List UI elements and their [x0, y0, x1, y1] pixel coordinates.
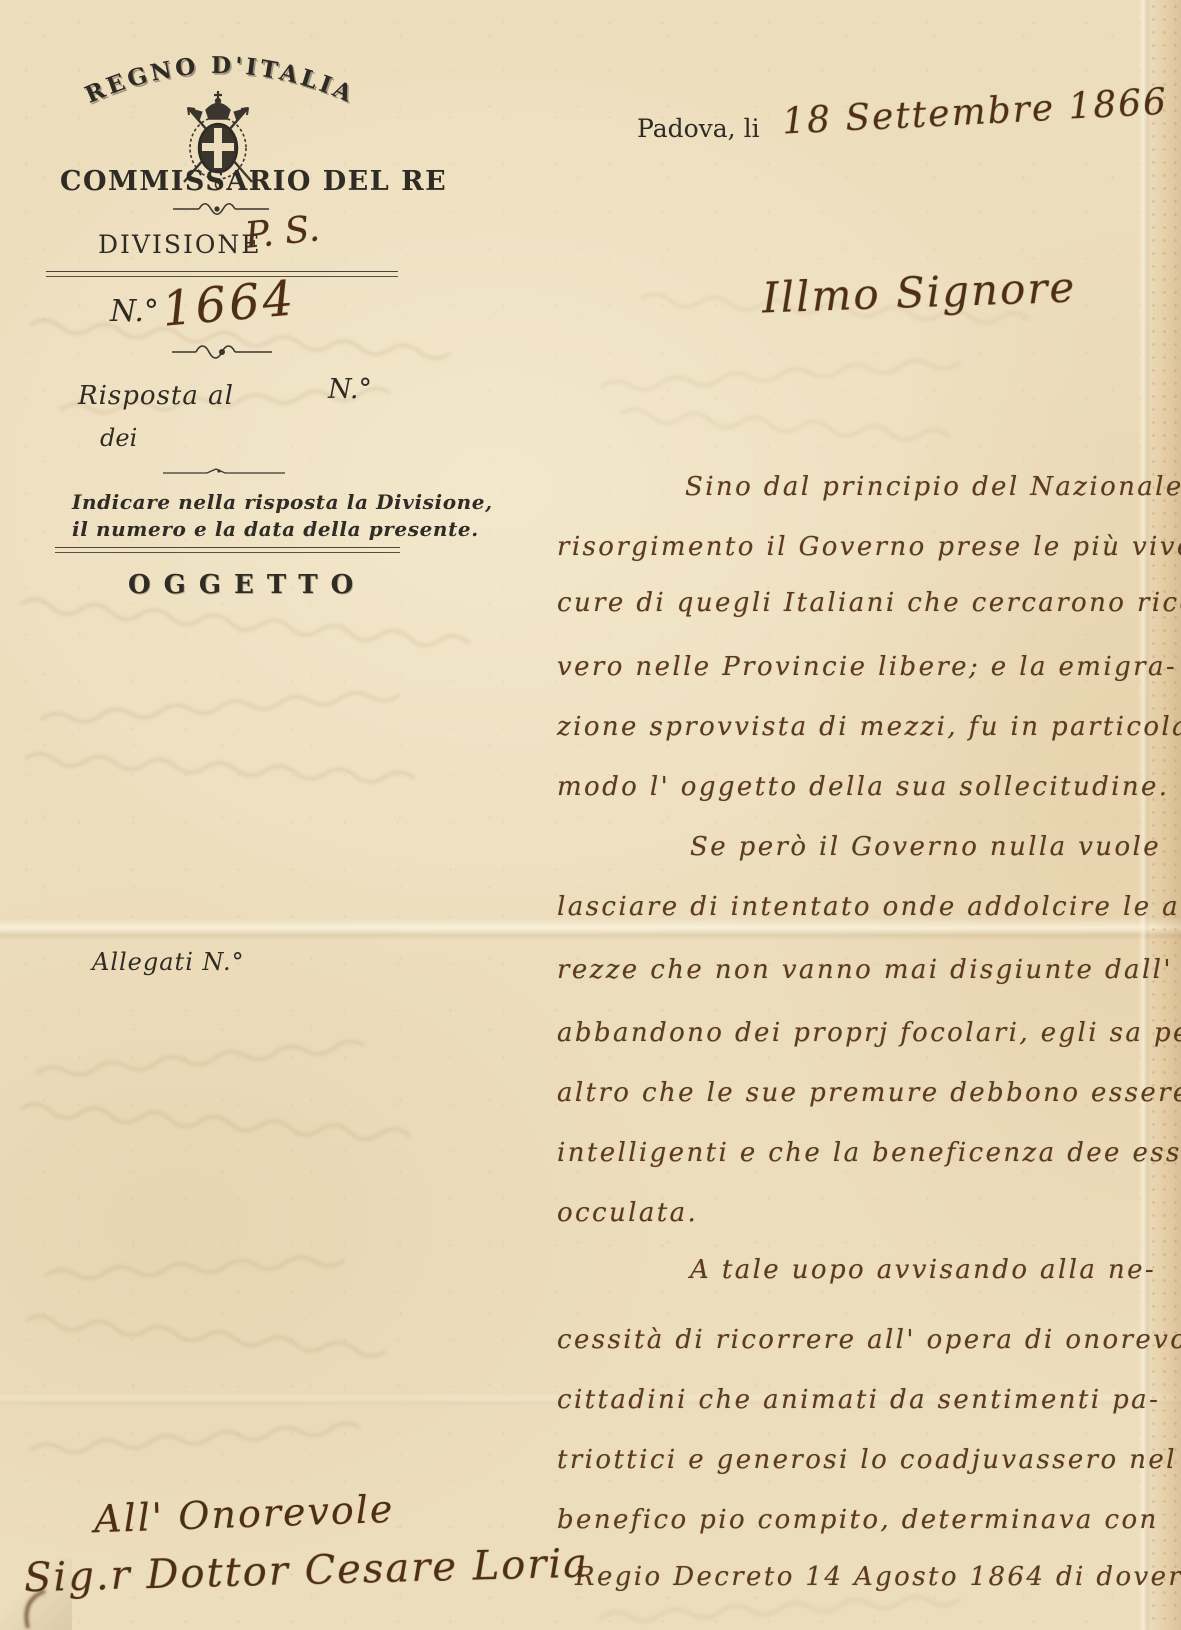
division-label: DIVISIONE: [98, 230, 261, 259]
note-line2: il numero e la data della presente.: [72, 517, 479, 541]
reply-label: Risposta al: [78, 381, 234, 411]
letter-line: cittadini che animati da sentimenti pa-: [557, 1380, 1160, 1420]
flourish-divider: [172, 344, 272, 360]
dateline-place: Padova, li: [637, 114, 760, 143]
letter-line: abbandono dei proprj focolari, egli sa p…: [557, 1013, 1181, 1053]
rule-double: [55, 547, 400, 553]
letter-line: benefico pio compito, determinava con: [557, 1500, 1159, 1540]
letter-line: Se però il Governo nulla vuole: [690, 827, 1161, 867]
attachments-label: Allegati N.°: [92, 948, 245, 976]
letter-line: Sino dal principio del Nazionale: [685, 467, 1181, 507]
number-value: 1664: [160, 270, 299, 337]
letter-line: triottici e generosi lo coadjuvassero ne…: [557, 1440, 1177, 1480]
letter-line: Regio Decreto 14 Agosto 1864 di doversi: [575, 1557, 1181, 1597]
division-value: P. S.: [243, 208, 322, 257]
letter-page: REGNO D'ITALIA REGNO D'ITALIA: [0, 0, 1181, 1630]
letter-line: cure di quegli Italiani che cercarono ri…: [557, 583, 1181, 623]
office-title: COMMISSARIO DEL RE: [60, 166, 372, 197]
letter-line: altro che le sue premure debbono essere: [557, 1073, 1181, 1113]
letter-line: cessità di ricorrere all' opera di onore…: [557, 1320, 1181, 1360]
flourish-divider: [163, 466, 285, 478]
letter-line: A tale uopo avvisando alla ne-: [690, 1250, 1156, 1290]
subject-label: OGGETTO: [128, 570, 366, 600]
reply-number-label: N.°: [328, 374, 372, 405]
letter-line: rezze che non vanno mai disgiunte dall': [557, 950, 1173, 990]
letter-line: intelligenti e che la beneficenza dee es…: [557, 1133, 1181, 1173]
letter-line: risorgimento il Governo prese le più viv…: [557, 527, 1181, 567]
number-label: N.°: [110, 294, 159, 329]
letter-line: vero nelle Provincie libere; e la emigra…: [557, 647, 1177, 687]
reply-of-label: dei: [100, 424, 137, 452]
note-line1: Indicare nella risposta la Divisione,: [72, 490, 493, 514]
letter-line: lasciare di intentato onde addolcire le …: [557, 887, 1181, 927]
letter-line: zione sprovvista di mezzi, fu in partico…: [557, 707, 1181, 747]
letter-line: modo l' oggetto della sua sollecitudine.: [557, 767, 1169, 807]
letter-line: occulata.: [557, 1193, 698, 1233]
